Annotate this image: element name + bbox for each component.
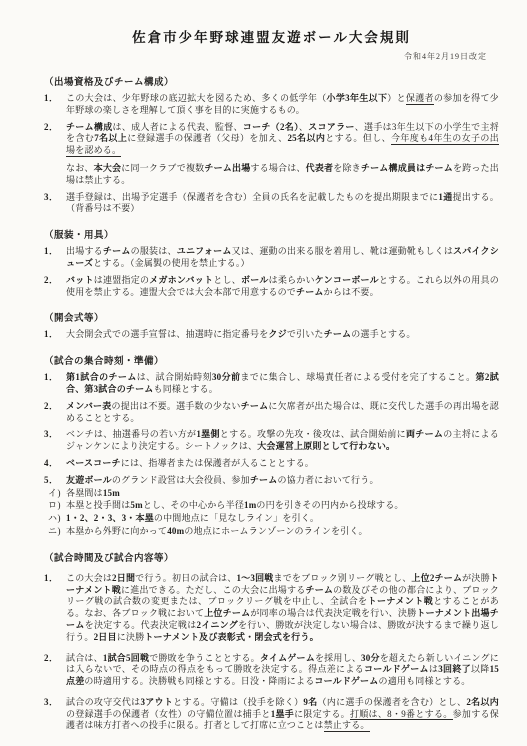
sub-rule-item: ロ)本塁と投手間は5mとし、その中心から半径1mの円を引きその円内から投球する。	[44, 500, 499, 512]
item-label: ロ)	[48, 500, 66, 512]
item-text: ベースコーチには、指導者または保護者が入ることとする。	[66, 458, 499, 470]
page-title: 佐倉市少年野球連盟友遊ボール大会規則	[44, 26, 499, 46]
rule-item: 1．この大会は、少年野球の底辺拡大を図るため、多くの低学年（小学3年生以下）と保…	[44, 93, 499, 117]
item-label: 1．	[44, 372, 66, 384]
scanned-rules-page: 佐倉市少年野球連盟友遊ボール大会規則 令和4年2月19日改定 （出場資格及びチー…	[0, 0, 527, 746]
item-label: 3．	[44, 192, 66, 204]
item-label: 3．	[44, 697, 66, 709]
item-text: なお、本大会に同一クラブで複数チーム出場する場合は、代表者を除きチーム構成員はチ…	[66, 163, 499, 187]
rule-item: 4．ベースコーチには、指導者または保護者が入ることとする。	[44, 458, 499, 470]
item-text: 出場するチームの服装は、ユニフォーム又は、運動の出来る服を着用し、靴は運動靴もし…	[66, 246, 499, 270]
item-text: 試合の攻守交代は3アウトとする。守備は（投手を除く）9名（内に選手の保護者を含む…	[66, 697, 499, 732]
item-label: 5．	[44, 475, 66, 487]
section-heading: （出場資格及びチーム構成）	[44, 74, 499, 88]
rule-section: （出場資格及びチーム構成）1．この大会は、少年野球の底辺拡大を図るため、多くの低…	[44, 74, 499, 215]
item-label: 1．	[44, 93, 66, 105]
item-label: 4．	[44, 458, 66, 470]
item-text: 試合は、1試合5回戦で勝敗を争うこととする。タイムゲームを採用し、30分を超えた…	[66, 653, 499, 688]
rule-item: 3．選手登録は、出場予定選手（保護者を含む）全員の氏名を記載したものを提出期限ま…	[44, 192, 499, 216]
revision-date: 令和4年2月19日改定	[44, 51, 487, 62]
item-text: この大会は2日間で行う。初日の試合は、1～3回戦までをブロック別リーグ戦とし、上…	[66, 573, 499, 644]
item-text: ベンチは、抽選番号の若い方が1塁側とする。攻撃の先攻・後攻は、試合開始前に両チー…	[66, 429, 499, 453]
item-text: この大会は、少年野球の底辺拡大を図るため、多くの低学年（小学3年生以下）と保護者…	[66, 93, 499, 117]
item-text: 本塁と投手間は5mとし、その中心から半径1mの円を引きその円内から投球する。	[66, 500, 499, 512]
item-label: イ)	[48, 488, 66, 500]
item-text: チーム構成は、成人者による代表、監督、コーチ（2名）、スコアラー、選手は3年生以…	[66, 122, 499, 157]
rule-item: 5．友遊ボールのグランド設営は大会役員、参加チームの協力者において行う。	[44, 475, 499, 487]
rule-section: （服装・用具）1．出場するチームの服装は、ユニフォーム又は、運動の出来る服を着用…	[44, 227, 499, 298]
item-text: 友遊ボールのグランド設営は大会役員、参加チームの協力者において行う。	[66, 475, 499, 487]
section-heading: （開会式等）	[44, 310, 499, 324]
rule-section: （試合時間及び試合内容等）1．この大会は2日間で行う。初日の試合は、1～3回戦ま…	[44, 550, 499, 733]
item-text: バットは連盟指定のメガホンバットとし、ボールは柔らかいケンコーボールとする。これ…	[66, 275, 499, 299]
rule-item: 3．ベンチは、抽選番号の若い方が1塁側とする。攻撃の先攻・後攻は、試合開始前に両…	[44, 429, 499, 453]
item-label: 2．	[44, 653, 66, 665]
item-text: メンバー表の提出は不要。選手数の少ないチームに欠席者が出た場合は、既に交代した選…	[66, 401, 499, 425]
rule-item: なお、本大会に同一クラブで複数チーム出場する場合は、代表者を除きチーム構成員はチ…	[44, 163, 499, 187]
rule-section: （開会式等）1．大会開会式での選手宣誓は、抽選時に指定番号をクジで引いたチームの…	[44, 310, 499, 341]
rule-item: 1．出場するチームの服装は、ユニフォーム又は、運動の出来る服を着用し、靴は運動靴…	[44, 246, 499, 270]
rule-item: 3．試合の攻守交代は3アウトとする。守備は（投手を除く）9名（内に選手の保護者を…	[44, 697, 499, 732]
item-label: 1．	[44, 329, 66, 341]
item-label: ニ)	[48, 526, 66, 538]
item-label: 3．	[44, 429, 66, 441]
rule-item: 1．大会開会式での選手宣誓は、抽選時に指定番号をクジで引いたチームの選手とする。	[44, 329, 499, 341]
rule-item: 2．チーム構成は、成人者による代表、監督、コーチ（2名）、スコアラー、選手は3年…	[44, 122, 499, 157]
rule-item: 1．第1試合のチームは、試合開始時刻30分前までに集合し、球場責任者による受付を…	[44, 372, 499, 396]
item-label: 2．	[44, 275, 66, 287]
item-label: 1．	[44, 573, 66, 585]
section-heading: （試合時間及び試合内容等）	[44, 550, 499, 564]
rule-item: 2．試合は、1試合5回戦で勝敗を争うこととする。タイムゲームを採用し、30分を超…	[44, 653, 499, 688]
section-heading: （試合の集合時刻・準備）	[44, 353, 499, 367]
item-text: 本塁から外野に向かって40mの地点にホームランゾーンのラインを引く。	[66, 526, 499, 538]
item-text: 大会開会式での選手宣誓は、抽選時に指定番号をクジで引いたチームの選手とする。	[66, 329, 499, 341]
item-label: 2．	[44, 401, 66, 413]
rules-body: （出場資格及びチーム構成）1．この大会は、少年野球の底辺拡大を図るため、多くの低…	[44, 74, 499, 732]
sub-rule-item: イ)各塁間は15m	[44, 488, 499, 500]
item-text: 選手登録は、出場予定選手（保護者を含む）全員の氏名を記載したものを提出期限までに…	[66, 192, 499, 216]
item-text: 第1試合のチームは、試合開始時刻30分前までに集合し、球場責任者による受付を完了…	[66, 372, 499, 396]
rule-item: 2．メンバー表の提出は不要。選手数の少ないチームに欠席者が出た場合は、既に交代し…	[44, 401, 499, 425]
section-heading: （服装・用具）	[44, 227, 499, 241]
item-label: 2．	[44, 122, 66, 134]
rule-item: 2．バットは連盟指定のメガホンバットとし、ボールは柔らかいケンコーボールとする。…	[44, 275, 499, 299]
rule-item: 1．この大会は2日間で行う。初日の試合は、1～3回戦までをブロック別リーグ戦とし…	[44, 573, 499, 644]
sub-rule-item: ハ)1・2、2・3、3・本塁の中間地点に「見なしライン」を引く。	[44, 513, 499, 525]
item-label: 1．	[44, 246, 66, 258]
item-text: 1・2、2・3、3・本塁の中間地点に「見なしライン」を引く。	[66, 513, 499, 525]
rule-section: （試合の集合時刻・準備）1．第1試合のチームは、試合開始時刻30分前までに集合し…	[44, 353, 499, 538]
sub-rule-item: ニ)本塁から外野に向かって40mの地点にホームランゾーンのラインを引く。	[44, 526, 499, 538]
item-label: ハ)	[48, 513, 66, 525]
item-text: 各塁間は15m	[66, 488, 499, 500]
